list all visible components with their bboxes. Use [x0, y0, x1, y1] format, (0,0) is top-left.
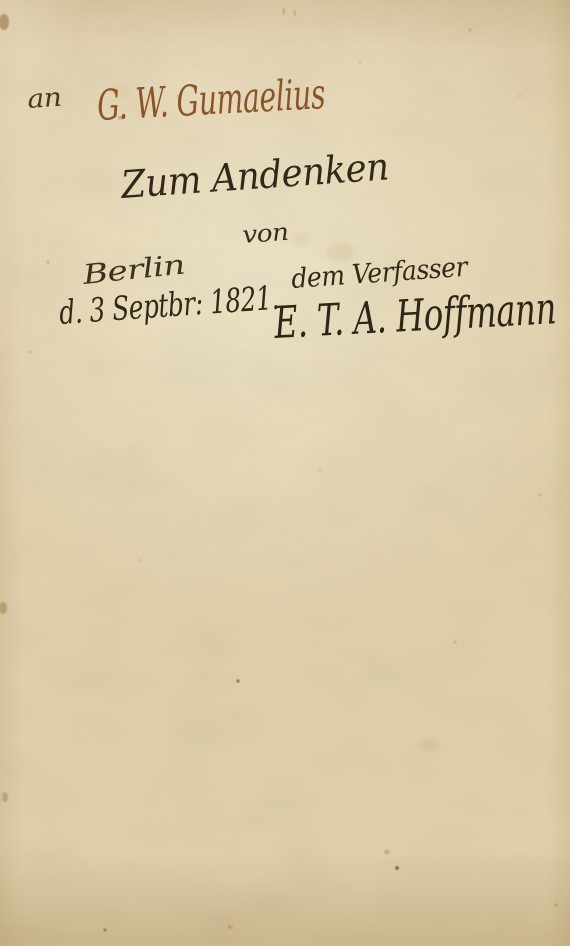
handwriting-layer: an G. W. Gumaelius Zum Andenken von Berl…	[0, 0, 570, 946]
dedication-preposition: von	[241, 218, 289, 249]
manuscript-photo: an G. W. Gumaelius Zum Andenken von Berl…	[0, 0, 570, 946]
dedication-salutation: an	[26, 83, 62, 115]
paper-grain-texture	[0, 0, 570, 946]
